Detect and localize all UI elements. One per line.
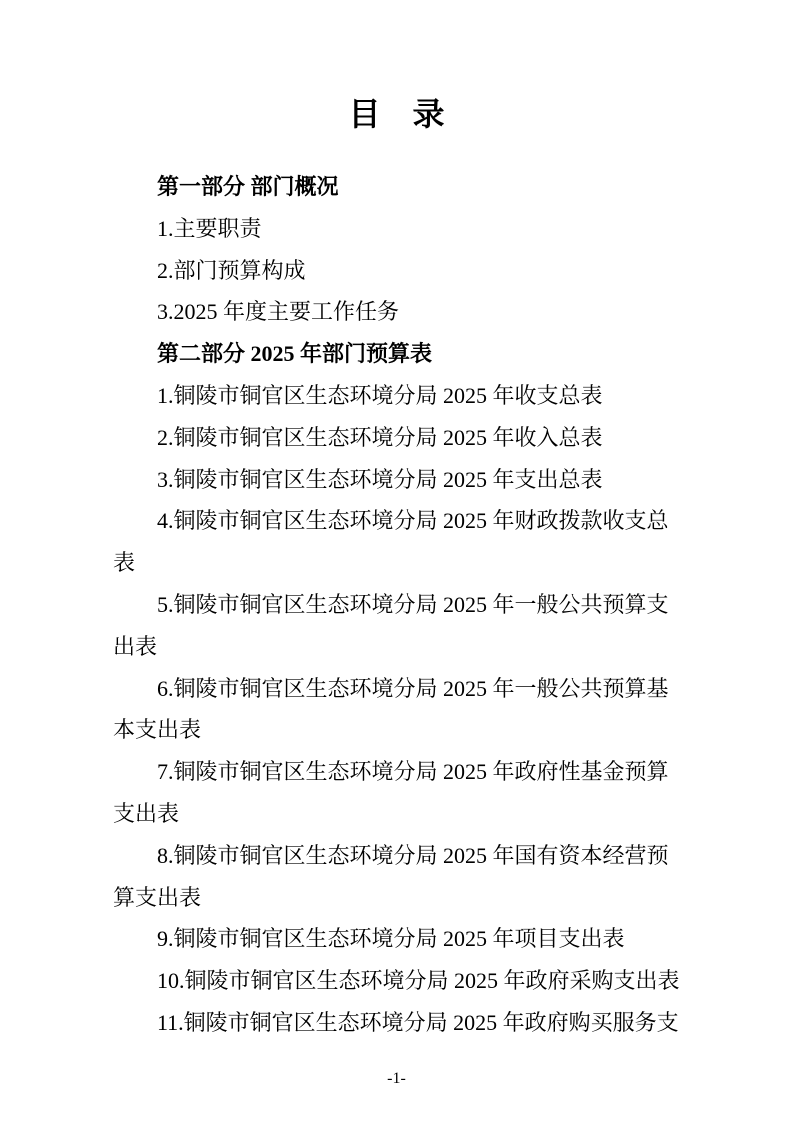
toc-item-line: 2.铜陵市铜官区生态环境分局 2025 年收入总表 [113,417,680,459]
toc-content: 第一部分 部门概况1.主要职责2.部门预算构成3.2025 年度主要工作任务第二… [113,166,680,1044]
section-heading: 第二部分 2025 年部门预算表 [113,333,680,375]
page-title: 目 录 [113,93,680,135]
toc-item-continuation: 本支出表 [113,709,680,751]
toc-item-line: 11.铜陵市铜官区生态环境分局 2025 年政府购买服务支 [113,1002,680,1044]
page-number: -1- [0,1068,793,1090]
toc-item-line: 4.铜陵市铜官区生态环境分局 2025 年财政拨款收支总 [113,500,680,542]
toc-item-continuation: 支出表 [113,793,680,835]
toc-item-continuation: 表 [113,542,680,584]
toc-item-line: 6.铜陵市铜官区生态环境分局 2025 年一般公共预算基 [113,668,680,710]
toc-item-line: 1.主要职责 [113,208,680,250]
toc-item-line: 8.铜陵市铜官区生态环境分局 2025 年国有资本经营预 [113,835,680,877]
toc-item-line: 7.铜陵市铜官区生态环境分局 2025 年政府性基金预算 [113,751,680,793]
section-heading: 第一部分 部门概况 [113,166,680,208]
toc-item-line: 2.部门预算构成 [113,250,680,292]
toc-item-continuation: 算支出表 [113,877,680,919]
toc-item-line: 5.铜陵市铜官区生态环境分局 2025 年一般公共预算支 [113,584,680,626]
toc-item-line: 1.铜陵市铜官区生态环境分局 2025 年收支总表 [113,375,680,417]
toc-item-line: 10.铜陵市铜官区生态环境分局 2025 年政府采购支出表 [113,960,680,1002]
toc-item-continuation: 出表 [113,626,680,668]
toc-item-line: 3.铜陵市铜官区生态环境分局 2025 年支出总表 [113,459,680,501]
toc-item-line: 3.2025 年度主要工作任务 [113,291,680,333]
document-page: 目 录 第一部分 部门概况1.主要职责2.部门预算构成3.2025 年度主要工作… [0,0,793,1122]
toc-item-line: 9.铜陵市铜官区生态环境分局 2025 年项目支出表 [113,918,680,960]
